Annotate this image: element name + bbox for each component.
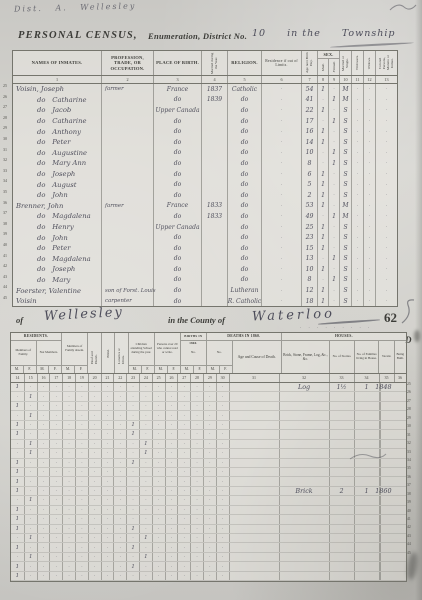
cell-wr: · bbox=[351, 169, 363, 180]
handwritten-annotation: Dist. A. Wellesley bbox=[14, 1, 137, 13]
cell-mark: · bbox=[88, 515, 101, 523]
cell-built-year bbox=[380, 440, 392, 448]
cell-mark: · bbox=[101, 449, 114, 457]
cell-m: 1 bbox=[317, 169, 328, 180]
cell-mark: · bbox=[75, 572, 88, 580]
col-header-sex: SEX. Male. Female. bbox=[317, 51, 339, 75]
title-bar: PERSONAL CENSUS, Enumeration, District N… bbox=[0, 30, 422, 46]
cell-mark: · bbox=[203, 440, 216, 448]
cell-mark: · bbox=[75, 402, 88, 410]
cell-mark: · bbox=[75, 553, 88, 561]
cell-mark: · bbox=[139, 411, 152, 419]
cell-mark: · bbox=[139, 477, 152, 485]
cell-mark: · bbox=[203, 402, 216, 410]
cell-mark: · bbox=[139, 430, 152, 438]
cell-mark: · bbox=[152, 562, 165, 570]
col-header-vacant: Vacant. bbox=[378, 341, 393, 373]
cell-built-year bbox=[380, 421, 392, 429]
cell-birth: France bbox=[153, 84, 201, 95]
column-number: 34 bbox=[354, 374, 379, 382]
cell-st: S bbox=[339, 137, 351, 148]
cell-mark: · bbox=[152, 525, 165, 533]
cell-mark: · bbox=[101, 572, 114, 580]
cell-rel: do bbox=[227, 116, 261, 127]
cell-mark: · bbox=[37, 496, 50, 504]
column-number: 27 bbox=[177, 374, 190, 382]
cell-mark: · bbox=[216, 572, 229, 580]
cell-mark: · bbox=[62, 515, 75, 523]
cell-col: · bbox=[375, 222, 397, 233]
cell-mark: · bbox=[49, 411, 62, 419]
row-number: 32 bbox=[3, 155, 7, 166]
cell-mark: · bbox=[113, 392, 126, 400]
cell-mark: · bbox=[152, 515, 165, 523]
cell-mark: · bbox=[216, 411, 229, 419]
cell-mark: · bbox=[126, 534, 139, 542]
cell-occ bbox=[101, 169, 153, 180]
cell-wr: · bbox=[351, 137, 363, 148]
cell-res: · bbox=[261, 285, 301, 296]
cell-mark: 1 bbox=[126, 543, 139, 551]
statistics-row: 1········1······· bbox=[11, 459, 406, 468]
cell-mark: · bbox=[113, 449, 126, 457]
cell-birth: do bbox=[153, 126, 201, 137]
cell-res: · bbox=[261, 222, 301, 233]
cell-yr bbox=[201, 232, 227, 243]
cell-built-year bbox=[380, 477, 392, 485]
cell-mark: · bbox=[75, 383, 88, 391]
cell-mark: · bbox=[88, 506, 101, 514]
cell-occ bbox=[101, 116, 153, 127]
group-school-children: Children attending School during the yea… bbox=[128, 333, 154, 373]
cell-res: · bbox=[261, 190, 301, 201]
cell-col: · bbox=[375, 179, 397, 190]
cell-mark: 1 bbox=[126, 459, 139, 467]
cell-mark: 1 bbox=[126, 430, 139, 438]
cell-st: S bbox=[339, 254, 351, 265]
cell-m: 1 bbox=[317, 84, 328, 95]
cell-mark: · bbox=[152, 543, 165, 551]
cell-mark: · bbox=[139, 562, 152, 570]
cell-mark: · bbox=[190, 411, 203, 419]
row-number: 26 bbox=[3, 92, 7, 103]
col-header-married-year: Married during the Year. bbox=[201, 51, 227, 75]
cell-m: · bbox=[317, 95, 328, 106]
cell-mark: · bbox=[165, 534, 178, 542]
cell-mark: · bbox=[203, 543, 216, 551]
ink-flourish-icon bbox=[398, 297, 420, 325]
cell-res: · bbox=[261, 148, 301, 159]
cell-name: do Henry bbox=[13, 222, 101, 233]
cell-birth: do bbox=[153, 179, 201, 190]
cell-mark: · bbox=[203, 411, 216, 419]
row-number: 43 bbox=[407, 532, 411, 540]
column-number: 3 bbox=[153, 76, 201, 83]
cell-yr bbox=[201, 275, 227, 286]
cell-house-type bbox=[279, 449, 329, 457]
cell-built-year bbox=[380, 430, 392, 438]
cell-rel: do bbox=[227, 126, 261, 137]
cell-res: · bbox=[261, 137, 301, 148]
cell-mark: · bbox=[165, 449, 178, 457]
cell-mark: · bbox=[139, 402, 152, 410]
row-number: 39 bbox=[3, 229, 7, 240]
cell-rel: Catholic bbox=[227, 84, 261, 95]
cell-name: do John bbox=[13, 232, 101, 243]
group-deaths-no: No. M.F. bbox=[207, 341, 232, 373]
cell-m: 1 bbox=[317, 137, 328, 148]
census-row: do Josephdodo·101·S··· bbox=[13, 264, 397, 275]
cell-mark: · bbox=[24, 383, 37, 391]
row-number: 40 bbox=[407, 507, 411, 515]
cell-mark: · bbox=[165, 525, 178, 533]
cell-mark: · bbox=[101, 487, 114, 495]
cell-mark: · bbox=[101, 562, 114, 570]
cell-col: · bbox=[375, 169, 397, 180]
cell-st: S bbox=[339, 190, 351, 201]
cell-mark: · bbox=[216, 440, 229, 448]
column-number: 36 bbox=[394, 374, 406, 382]
cell-families bbox=[354, 468, 379, 476]
cell-mark: · bbox=[165, 421, 178, 429]
census-row: do HenryUpper Canadado·251·S··· bbox=[13, 222, 397, 233]
statistics-row: 1················ bbox=[11, 468, 406, 477]
cell-st: M bbox=[339, 201, 351, 212]
cell-m: 1 bbox=[317, 126, 328, 137]
census-row: do Peterdodo·151·S··· bbox=[13, 243, 397, 254]
cell-mark: · bbox=[62, 572, 75, 580]
cell-mark: · bbox=[190, 496, 203, 504]
row-number: 40 bbox=[3, 240, 7, 251]
cell-mark: · bbox=[165, 515, 178, 523]
cell-mark: · bbox=[165, 459, 178, 467]
cell-mark: · bbox=[62, 430, 75, 438]
cell-name: do Peter bbox=[13, 243, 101, 254]
cell-mark: · bbox=[62, 525, 75, 533]
cell-mark: · bbox=[37, 553, 50, 561]
cell-families bbox=[354, 430, 379, 438]
cell-built-year bbox=[380, 525, 392, 533]
col-header-colored: Colored Persons, Mulatto or Indian. bbox=[375, 51, 397, 75]
cell-mark: · bbox=[165, 383, 178, 391]
cell-built-year bbox=[380, 496, 392, 504]
cell-built-year bbox=[380, 534, 392, 542]
cell-mark: · bbox=[88, 459, 101, 467]
census-row: do Marydodo·8·1S··· bbox=[13, 275, 397, 286]
cell-age: 17 bbox=[301, 116, 317, 127]
cell-house-type: Brick bbox=[279, 487, 329, 495]
cell-mark: · bbox=[152, 553, 165, 561]
cell-mark: · bbox=[37, 534, 50, 542]
cell-mark: · bbox=[203, 383, 216, 391]
cell-yr bbox=[201, 137, 227, 148]
cell-families bbox=[354, 411, 379, 419]
row-number: 31 bbox=[3, 145, 7, 156]
cell-m: 1 bbox=[317, 179, 328, 190]
cell-res: · bbox=[261, 232, 301, 243]
column-number: 25 bbox=[152, 374, 165, 382]
cell-birth: do bbox=[153, 95, 201, 106]
dotted-line: . . . . . . . . . bbox=[300, 325, 372, 330]
cell-mark: 1 bbox=[11, 430, 24, 438]
column-number: 30 bbox=[216, 374, 229, 382]
cell-col: · bbox=[375, 201, 397, 212]
cell-mark: · bbox=[101, 553, 114, 561]
cell-mark: 1 bbox=[139, 534, 152, 542]
cell-mark: · bbox=[24, 562, 37, 570]
cell-mark: · bbox=[75, 515, 88, 523]
cell-ww: · bbox=[363, 211, 375, 222]
census-page-scan: Dist. A. Wellesley PERSONAL CENSUS, Enum… bbox=[0, 0, 422, 600]
cell-yr: 1833 bbox=[201, 211, 227, 222]
cell-built-year bbox=[380, 543, 392, 551]
column-number: 4 bbox=[201, 76, 227, 83]
cell-rel: do bbox=[227, 190, 261, 201]
cell-mark: · bbox=[152, 496, 165, 504]
cell-mark: · bbox=[152, 449, 165, 457]
cell-mark: 1 bbox=[11, 459, 24, 467]
cell-mark: · bbox=[24, 525, 37, 533]
cell-mark: · bbox=[152, 411, 165, 419]
column-number: 20 bbox=[88, 374, 101, 382]
cell-age: 8 bbox=[301, 158, 317, 169]
cell-mark: · bbox=[216, 506, 229, 514]
enumeration-district-value: 10 in the Township bbox=[252, 28, 396, 39]
cell-mark: · bbox=[37, 543, 50, 551]
cell-col: · bbox=[375, 190, 397, 201]
census-row: Brenner, JohnfarmerFrance1833do·531·M··· bbox=[13, 201, 397, 212]
cell-rel: Lutheran bbox=[227, 285, 261, 296]
cell-mark: · bbox=[62, 449, 75, 457]
cell-built-year bbox=[380, 562, 392, 570]
cell-m: · bbox=[317, 211, 328, 222]
cell-mark: 1 bbox=[24, 411, 37, 419]
cell-col: · bbox=[375, 243, 397, 254]
cell-mark: · bbox=[152, 440, 165, 448]
cell-mark: · bbox=[216, 421, 229, 429]
cell-house-type bbox=[279, 468, 329, 476]
cell-birth: do bbox=[153, 285, 201, 296]
cell-mark: · bbox=[216, 562, 229, 570]
cell-mark: · bbox=[113, 402, 126, 410]
cell-mark: · bbox=[177, 383, 190, 391]
cell-stories bbox=[329, 430, 354, 438]
column-number: 19 bbox=[75, 374, 88, 382]
cell-mark: · bbox=[203, 449, 216, 457]
cell-m: · bbox=[317, 116, 328, 127]
cell-mark: · bbox=[139, 421, 152, 429]
cell-mark: · bbox=[190, 487, 203, 495]
cell-age: 16 bbox=[301, 126, 317, 137]
table1-body: Voisin, JosephfarmerFrance1837Catholic·5… bbox=[13, 84, 397, 306]
cell-mark: · bbox=[139, 543, 152, 551]
cell-occ bbox=[101, 275, 153, 286]
cell-mark: · bbox=[101, 383, 114, 391]
cell-st: M bbox=[339, 95, 351, 106]
cell-age: 10 bbox=[301, 148, 317, 159]
cell-rel: do bbox=[227, 211, 261, 222]
cell-name: do Catharine bbox=[13, 116, 101, 127]
row-number: 28 bbox=[407, 405, 411, 413]
cell-mark: · bbox=[75, 543, 88, 551]
cell-mark: · bbox=[88, 440, 101, 448]
cell-birth: do bbox=[153, 148, 201, 159]
cell-mark: · bbox=[216, 402, 229, 410]
cell-ww: · bbox=[363, 243, 375, 254]
cell-mark: · bbox=[139, 459, 152, 467]
cell-mark: · bbox=[88, 562, 101, 570]
cell-col: · bbox=[375, 105, 397, 116]
cell-mark: 1 bbox=[24, 553, 37, 561]
cell-st: S bbox=[339, 105, 351, 116]
cell-ww: · bbox=[363, 222, 375, 233]
row-number: 41 bbox=[407, 515, 411, 523]
cell-cause bbox=[229, 477, 279, 485]
cell-res: · bbox=[261, 254, 301, 265]
cell-mark: · bbox=[216, 459, 229, 467]
cell-house-type bbox=[279, 392, 329, 400]
cell-res: · bbox=[261, 275, 301, 286]
cell-mark: · bbox=[88, 477, 101, 485]
cell-mark: · bbox=[101, 496, 114, 504]
cell-wr: · bbox=[351, 148, 363, 159]
cell-age: 54 bbox=[301, 84, 317, 95]
cell-cause bbox=[229, 487, 279, 495]
cell-occ bbox=[101, 105, 153, 116]
cell-m: 1 bbox=[317, 201, 328, 212]
cell-mark: · bbox=[101, 534, 114, 542]
cell-mark: · bbox=[177, 534, 190, 542]
cell-families bbox=[354, 477, 379, 485]
column-number: 6 bbox=[261, 76, 301, 83]
census-row: do Augustdodo·51·S··· bbox=[13, 179, 397, 190]
cell-yr bbox=[201, 158, 227, 169]
county-label: in the County of bbox=[168, 315, 225, 325]
cell-mark: · bbox=[177, 449, 190, 457]
cell-mark: · bbox=[216, 534, 229, 542]
cell-age: 53 bbox=[301, 201, 317, 212]
cell-st: S bbox=[339, 169, 351, 180]
cell-yr bbox=[201, 105, 227, 116]
cell-name: do Catharine bbox=[13, 95, 101, 106]
cell-mark: 1 bbox=[11, 572, 24, 580]
cell-birth: do bbox=[153, 116, 201, 127]
statistics-row: ·1··············· bbox=[11, 392, 406, 401]
cell-mark: · bbox=[139, 515, 152, 523]
cell-birth: Upper Canada bbox=[153, 222, 201, 233]
cell-mark: · bbox=[177, 402, 190, 410]
cell-stories: 1½ bbox=[329, 383, 354, 391]
cell-yr bbox=[201, 264, 227, 275]
cell-cause bbox=[229, 430, 279, 438]
cell-mark: · bbox=[177, 392, 190, 400]
cell-occ: farmer bbox=[101, 84, 153, 95]
cell-mark: · bbox=[37, 411, 50, 419]
cell-mark: · bbox=[37, 506, 50, 514]
cell-age: 8 bbox=[301, 275, 317, 286]
cell-mark: · bbox=[165, 496, 178, 504]
cell-mark: · bbox=[88, 430, 101, 438]
cell-mark: · bbox=[177, 411, 190, 419]
cell-mark: · bbox=[203, 430, 216, 438]
cell-mark: · bbox=[49, 553, 62, 561]
cell-mark: · bbox=[190, 515, 203, 523]
cell-res: · bbox=[261, 126, 301, 137]
cell-mark: · bbox=[88, 534, 101, 542]
col-header-stories: No. of Stories. bbox=[329, 341, 354, 373]
row-number: 35 bbox=[407, 464, 411, 472]
census-row: do Josephdodo·61·S··· bbox=[13, 169, 397, 180]
cell-mark: · bbox=[177, 477, 190, 485]
cell-mark: · bbox=[177, 515, 190, 523]
cell-mark: · bbox=[62, 562, 75, 570]
cell-wr: · bbox=[351, 201, 363, 212]
cell-mark: · bbox=[49, 468, 62, 476]
cell-mark: · bbox=[113, 411, 126, 419]
cell-cause bbox=[229, 562, 279, 570]
cell-mark: · bbox=[165, 468, 178, 476]
cell-mark: 1 bbox=[11, 506, 24, 514]
cell-stories bbox=[329, 572, 354, 580]
row-number: 44 bbox=[407, 540, 411, 548]
cell-stories bbox=[329, 477, 354, 485]
cell-mark: · bbox=[113, 553, 126, 561]
row-number: 25 bbox=[407, 380, 411, 388]
cell-mark: · bbox=[24, 572, 37, 580]
col-header-female: Female. bbox=[328, 59, 339, 75]
cell-mark: 1 bbox=[11, 515, 24, 523]
cell-mark: · bbox=[165, 411, 178, 419]
cell-occ bbox=[101, 264, 153, 275]
cell-name: do Magdalena bbox=[13, 211, 101, 222]
cell-yr bbox=[201, 190, 227, 201]
cell-mark: · bbox=[216, 515, 229, 523]
cell-mark: · bbox=[165, 543, 178, 551]
cell-mark: · bbox=[190, 402, 203, 410]
cell-mark: · bbox=[24, 421, 37, 429]
cell-mark: · bbox=[49, 506, 62, 514]
cell-mark: 1 bbox=[11, 402, 24, 410]
cell-families bbox=[354, 534, 379, 542]
cell-mark: · bbox=[113, 543, 126, 551]
cell-rel: do bbox=[227, 243, 261, 254]
cell-mark: · bbox=[37, 430, 50, 438]
cell-mark: · bbox=[24, 430, 37, 438]
cell-cause bbox=[229, 543, 279, 551]
cell-res: · bbox=[261, 158, 301, 169]
cell-mark: · bbox=[62, 468, 75, 476]
cell-mark: · bbox=[152, 430, 165, 438]
cell-m: 1 bbox=[317, 264, 328, 275]
cell-mark: 1 bbox=[11, 468, 24, 476]
cell-mark: · bbox=[165, 440, 178, 448]
cell-m: 1 bbox=[317, 232, 328, 243]
col-header-blind: Blind. bbox=[101, 333, 115, 373]
cell-mark: 1 bbox=[24, 496, 37, 504]
cell-mark: · bbox=[126, 506, 139, 514]
cell-mark: · bbox=[49, 402, 62, 410]
column-number: 18 bbox=[62, 374, 75, 382]
cell-ww: · bbox=[363, 201, 375, 212]
cell-families bbox=[354, 496, 379, 504]
cell-rel: do bbox=[227, 95, 261, 106]
row-number: 33 bbox=[407, 448, 411, 456]
cell-mark: · bbox=[62, 496, 75, 504]
cell-mark: · bbox=[190, 459, 203, 467]
statistics-row: ·1········1······ bbox=[11, 553, 406, 562]
cell-mark: · bbox=[216, 487, 229, 495]
cell-mark: · bbox=[113, 383, 126, 391]
